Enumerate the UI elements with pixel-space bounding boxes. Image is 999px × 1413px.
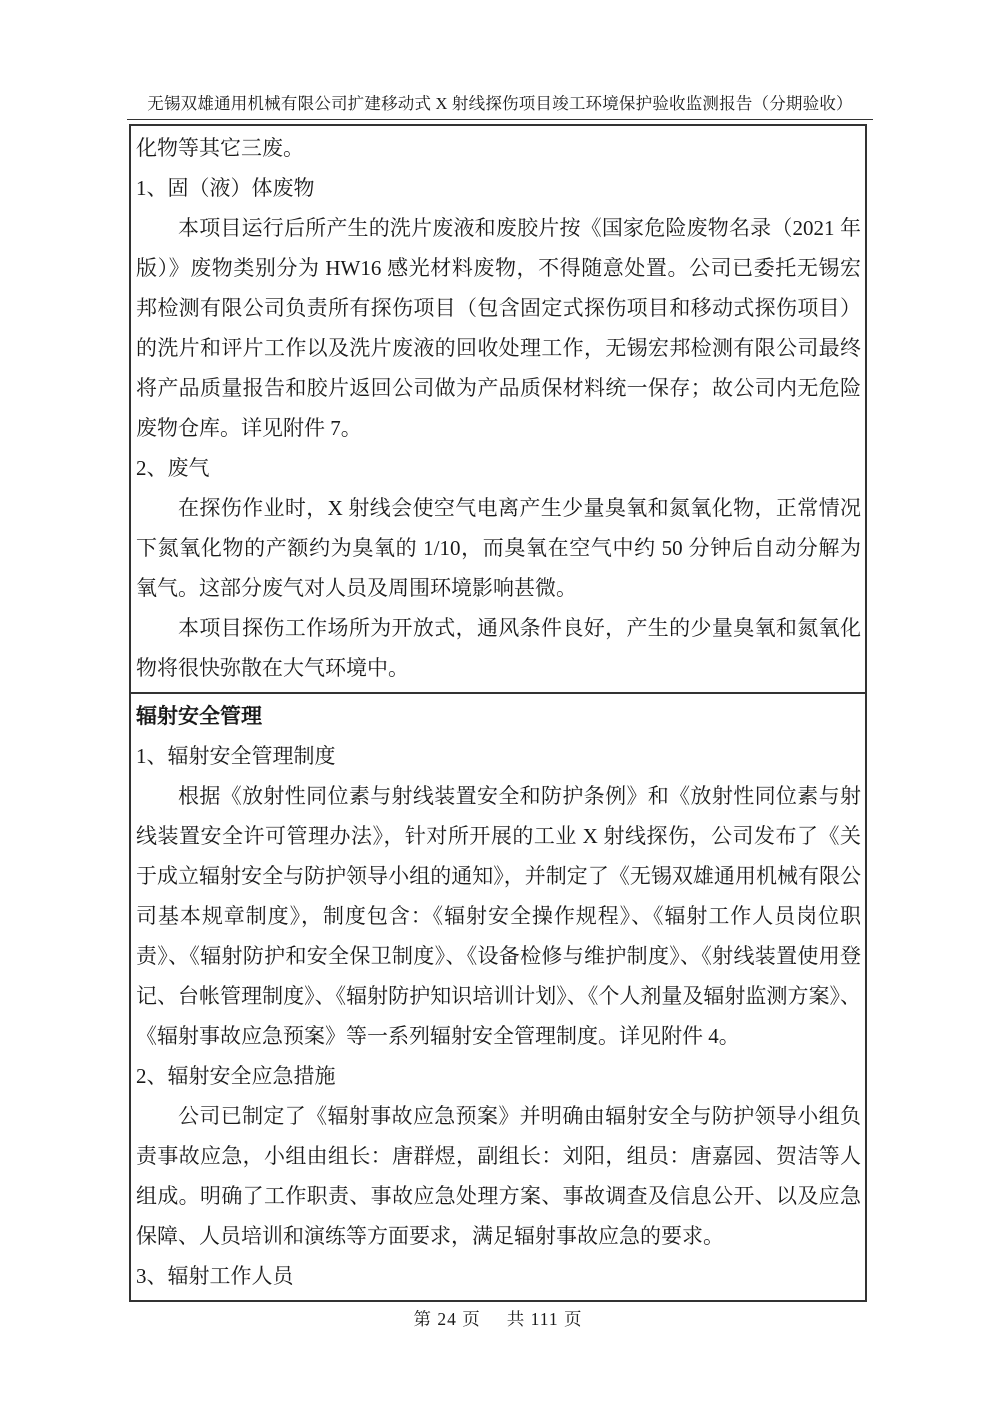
content-table: 化物等其它三废。 1、固（液）体废物 本项目运行后所产生的洗片废液和废胶片按《国… [129,124,867,1302]
paragraph: 本项目探伤工作场所为开放式，通风条件良好，产生的少量臭氧和氮氧化物将很快弥散在大… [136,608,861,688]
paragraph: 公司已制定了《辐射事故应急预案》并明确由辐射安全与防护领导小组负责事故应急，小组… [136,1096,861,1256]
report-title: 无锡双雄通用机械有限公司扩建移动式 X 射线探伤项目竣工环境保护验收监测报告（分… [127,90,873,114]
page-number: 第 24 页 [414,1309,481,1329]
list-heading-emergency-measures: 2、辐射安全应急措施 [136,1056,861,1096]
paragraph-continued: 化物等其它三废。 [136,128,861,168]
paragraph: 根据《放射性同位素与射线装置安全和防护条例》和《放射性同位素与射线装置安全许可管… [136,776,861,1056]
list-heading-waste-gas: 2、废气 [136,448,861,488]
paragraph: 在探伤作业时，X 射线会使空气电离产生少量臭氧和氮氧化物，正常情况下氮氧化物的产… [136,488,861,608]
paragraph: 本项目运行后所产生的洗片废液和废胶片按《国家危险废物名录（2021 年版）》废物… [136,208,861,448]
section-heading: 辐射安全管理 [136,696,861,736]
list-heading-radiation-workers: 3、辐射工作人员 [136,1256,861,1296]
section-waste: 化物等其它三废。 1、固（液）体废物 本项目运行后所产生的洗片废液和废胶片按《国… [131,126,865,692]
list-heading-solid-waste: 1、固（液）体废物 [136,168,861,208]
section-radiation-safety: 辐射安全管理 1、辐射安全管理制度 根据《放射性同位素与射线装置安全和防护条例》… [131,692,865,1300]
list-heading-safety-system: 1、辐射安全管理制度 [136,736,861,776]
document-page: 无锡双雄通用机械有限公司扩建移动式 X 射线探伤项目竣工环境保护验收监测报告（分… [0,0,999,1413]
page-footer: 第 24 页共 111 页 [129,1306,867,1331]
page-header: 无锡双雄通用机械有限公司扩建移动式 X 射线探伤项目竣工环境保护验收监测报告（分… [127,90,873,120]
page-total: 共 111 页 [507,1309,583,1329]
